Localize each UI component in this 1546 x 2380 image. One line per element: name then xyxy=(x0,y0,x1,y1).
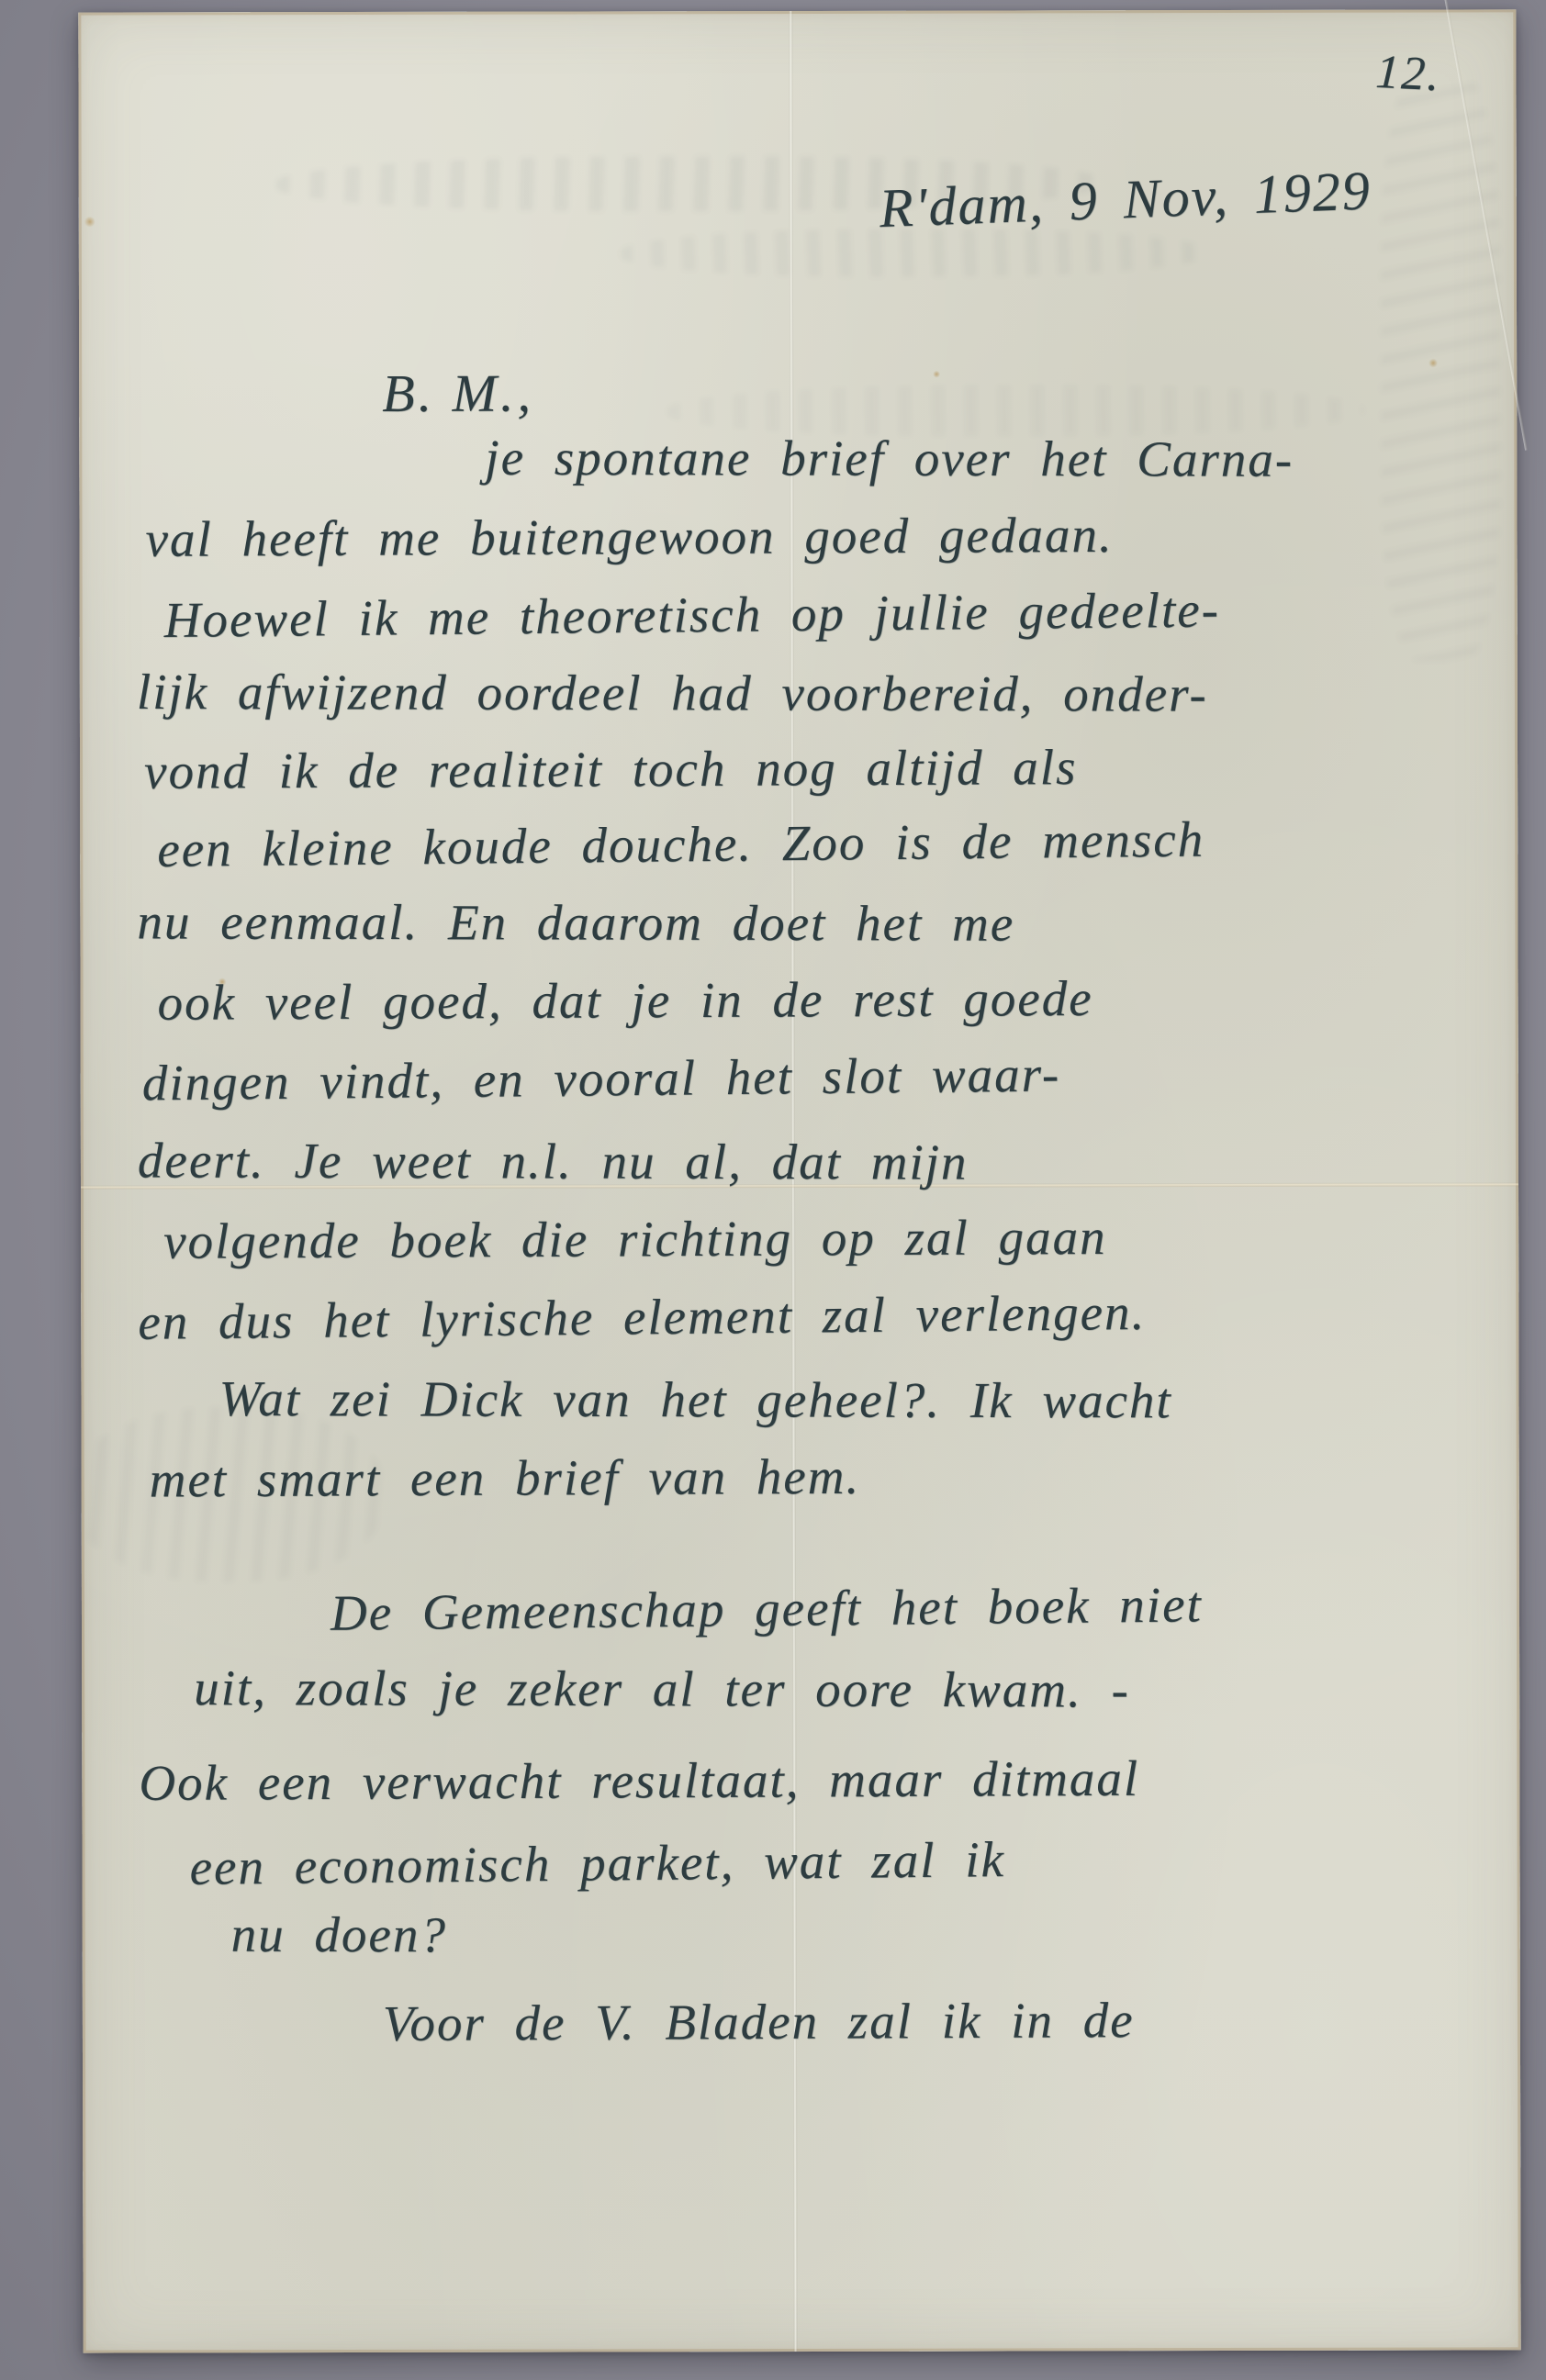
letter-line: een kleine koude douche. Zoo is de mensc… xyxy=(157,810,1204,878)
letter-page: 12. R'dam, 9 Nov, 1929 B. M., je spontan… xyxy=(78,9,1520,2352)
letter-photo-background: 12. R'dam, 9 Nov, 1929 B. M., je spontan… xyxy=(0,0,1546,2380)
letter-line: Voor de V. Bladen zal ik in de xyxy=(383,1991,1135,2052)
letter-line: deert. Je weet n.l. nu al, dat mijn xyxy=(138,1132,969,1191)
letter-line: volgende boek die richting op zal gaan xyxy=(163,1208,1107,1270)
letter-line: Hoewel ik me theoretisch op jullie gedee… xyxy=(163,581,1220,649)
letter-line: val heeft me buitengewoon goed gedaan. xyxy=(145,506,1113,568)
letter-line: ook veel goed, dat je in de rest goede xyxy=(157,969,1092,1032)
letter-line: uit, zoals je zeker al ter oore kwam. - xyxy=(194,1659,1130,1718)
letter-line: en dus het lyrische element zal verlenge… xyxy=(138,1283,1146,1351)
letter-line: dingen vindt, en vooral het slot waar- xyxy=(141,1045,1060,1112)
letter-line: een economisch parket, wat zal ik xyxy=(189,1830,1005,1896)
letter-line: je spontane brief over het Carna- xyxy=(485,429,1294,488)
letter-line: vond ik de realiteit toch nog altijd als xyxy=(144,738,1078,800)
letter-line: lijk afwijzend oordeel had voorbereid, o… xyxy=(137,663,1208,723)
letter-line: met smart een brief van hem. xyxy=(150,1447,861,1509)
letter-line: De Gemeenschap geeft het boek niet xyxy=(330,1575,1203,1641)
letter-line: nu doen? xyxy=(231,1905,447,1964)
letter-body: je spontane brief over het Carna-val hee… xyxy=(78,9,1520,2352)
letter-line: Ook een verwacht resultaat, maar ditmaal xyxy=(139,1749,1139,1812)
letter-line: Wat zei Dick van het geheel?. Ik wacht xyxy=(218,1369,1171,1429)
letter-line: nu eenmaal. En daarom doet het me xyxy=(137,892,1014,952)
